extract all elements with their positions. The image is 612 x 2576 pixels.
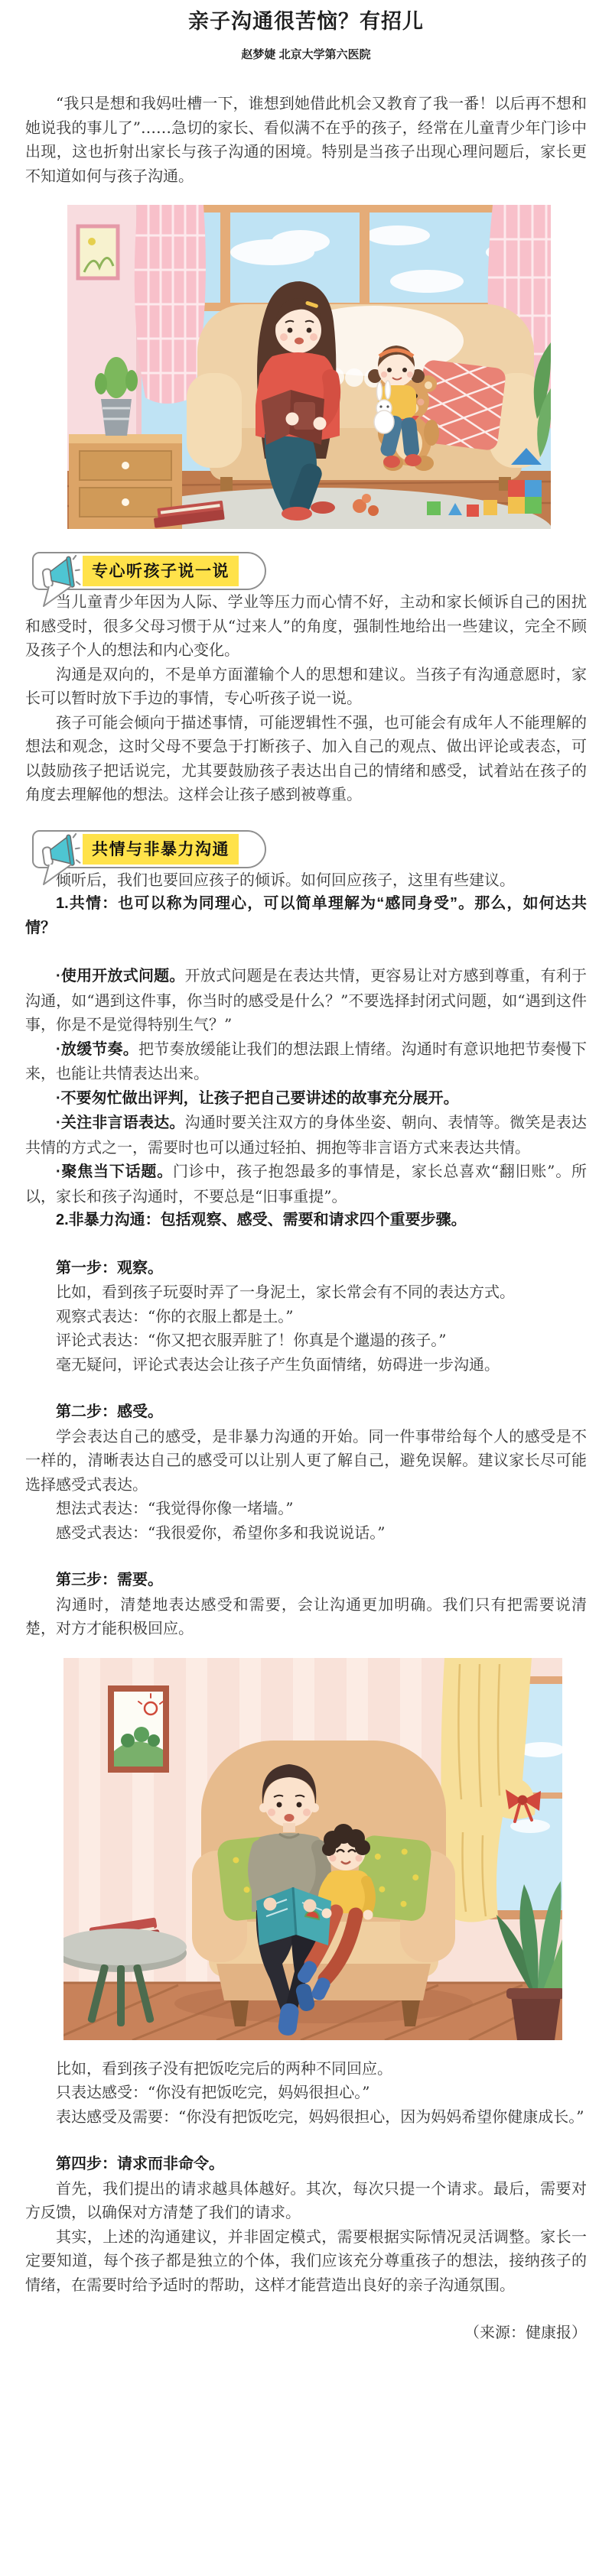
step-line: 感受式表达：“我很爱你，希望你多和我说说话。”: [25, 1521, 587, 1546]
step-feel: 第二步：感受。 学会表达自己的感受，是非暴力沟通的开始。同一件事带给每个人的感受…: [25, 1400, 587, 1545]
illustration-2: [63, 1658, 562, 2040]
bullet-paragraph: ·放缓节奏。把节奏放缓能让我们的想法跟上情绪。沟通时有意识地把节奏慢下来，也能让…: [25, 1037, 587, 1086]
step-line: 评论式表达：“你又把衣服弄脏了！你真是个邋遢的孩子。”: [25, 1329, 587, 1353]
example-line: 只表达感受：“你没有把饭吃完，妈妈很担心。”: [25, 2081, 587, 2105]
bullet-paragraph: ·使用开放式问题。开放式问题是在表达共情，更容易让对方感到尊重，有利于沟通，如“…: [25, 964, 587, 1037]
intro-paragraph: “我只是想和我妈吐槽一下，谁想到她借此机会又教育了我一番！以后再不想和她说我的事…: [25, 92, 587, 188]
bubble-tail-icon: [39, 864, 74, 885]
wall-picture: [78, 226, 118, 278]
bubble-tail-icon: [39, 586, 74, 607]
example-line: 表达感受及需要：“你没有把饭吃完，妈妈很担心，因为妈妈希望你健康成长。”: [25, 2105, 587, 2130]
empathy-bullets: ·使用开放式问题。开放式问题是在表达共情，更容易让对方感到尊重，有利于沟通，如“…: [25, 964, 587, 1209]
nvc-heading: 2.非暴力沟通：包括观察、感受、需要和请求四个重要步骤。: [25, 1209, 587, 1233]
bullet-lead: ·聚焦当下话题。: [56, 1163, 173, 1180]
step-heading: 第四步：请求而非命令。: [25, 2153, 587, 2177]
step-request: 第四步：请求而非命令。 首先，我们提出的请求越具体越好。其次，每次只提一个请求。…: [25, 2153, 587, 2297]
bullet-paragraph: ·聚焦当下话题。门诊中，孩子抱怨最多的事情是，家长总喜欢“翻旧账”。所以，家长和…: [25, 1160, 587, 1209]
step-line: 想法式表达：“我觉得你像一堵墙。”: [25, 1497, 587, 1521]
illustration-1: [67, 205, 551, 529]
bullet-paragraph: ·不要匆忙做出评判，让孩子把自己要讲述的故事充分展开。: [25, 1086, 587, 1111]
step-line: 首先，我们提出的请求越具体越好。其次，每次只提一个请求。最后，需要对方反馈，以确…: [25, 2177, 587, 2225]
byline: 赵梦婕 北京大学第六医院: [25, 47, 587, 63]
empathy-heading: 1.共情：也可以称为同理心，可以简单理解为“感同身受”。那么，如何达共情？: [25, 892, 587, 940]
step-observe: 第一步：观察。 比如，看到孩子玩耍时弄了一身泥土，家长常会有不同的表达方式。 观…: [25, 1257, 587, 1377]
step-heading: 第三步：需要。: [25, 1569, 587, 1593]
example-line: 比如，看到孩子没有把饭吃完后的两种不同回应。: [25, 2057, 587, 2081]
badge-bubble: 共情与非暴力沟通: [32, 830, 266, 868]
step-line: 学会表达自己的感受，是非暴力沟通的开始。同一件事带给每个人的感受是不一样的，清晰…: [25, 1425, 587, 1497]
page-title: 亲子沟通很苦恼？有招儿: [25, 8, 587, 35]
paragraph: 倾听后，我们也要回应孩子的倾诉。如何回应孩子，这里有些建议。: [25, 868, 587, 893]
step-need: 第三步：需要。 沟通时，清楚地表达感受和需要，会让沟通更加明确。我们只有把需要说…: [25, 1569, 587, 1641]
step-heading: 第二步：感受。: [25, 1400, 587, 1425]
source-credit: （来源：健康报）: [25, 2321, 587, 2345]
bullet-lead: ·不要匆忙做出评判，让孩子把自己要讲述的故事充分展开。: [56, 1090, 459, 1107]
wall-picture: [108, 1685, 169, 1773]
step-line: 观察式表达：“你的衣服上都是土。”: [25, 1305, 587, 1329]
bullet-paragraph: ·关注非言语表达。沟通时要关注双方的身体坐姿、朝向、表情等。微笑是表达共情的方式…: [25, 1111, 587, 1160]
bullet-lead: ·使用开放式问题。: [56, 968, 185, 985]
badge-label: 共情与非暴力沟通: [83, 834, 239, 865]
section-badge-empathy: 共情与非暴力沟通: [25, 830, 587, 868]
step-line: 毫无疑问，评论式表达会让孩子产生负面情绪，妨碍进一步沟通。: [25, 1353, 587, 1377]
badge-bubble: 专心听孩子说一说: [32, 552, 266, 590]
paragraph: 当儿童青少年因为人际、学业等压力而心情不好，主动和家长倾诉自己的困扰和感受时，很…: [25, 590, 587, 663]
bullet-lead: ·放缓节奏。: [56, 1041, 138, 1058]
paragraph: 沟通是双向的，不是单方面灌输个人的思想和建议。当孩子有沟通意愿时，家长可以暂时放…: [25, 663, 587, 711]
step-heading: 第一步：观察。: [25, 1257, 587, 1281]
bullet-lead: ·关注非言语表达。: [56, 1114, 185, 1131]
step-line: 其实，上述的沟通建议，并非固定模式，需要根据实际情况灵活调整。家长一定要知道，每…: [25, 2225, 587, 2298]
paragraph: 孩子可能会倾向于描述事情，可能逻辑性不强，也可能会有成年人不能理解的想法和观念，…: [25, 711, 587, 807]
section-badge-listen: 专心听孩子说一说: [25, 552, 587, 590]
meal-example: 比如，看到孩子没有把饭吃完后的两种不同回应。 只表达感受：“你没有把饭吃完，妈妈…: [25, 2057, 587, 2130]
article-page: 亲子沟通很苦恼？有招儿 赵梦婕 北京大学第六医院 “我只是想和我妈吐槽一下，谁想…: [0, 0, 612, 2358]
badge-label: 专心听孩子说一说: [83, 556, 239, 586]
step-line: 比如，看到孩子玩耍时弄了一身泥土，家长常会有不同的表达方式。: [25, 1280, 587, 1305]
step-line: 沟通时，清楚地表达感受和需要，会让沟通更加明确。我们只有把需要说清楚，对方才能积…: [25, 1593, 587, 1641]
